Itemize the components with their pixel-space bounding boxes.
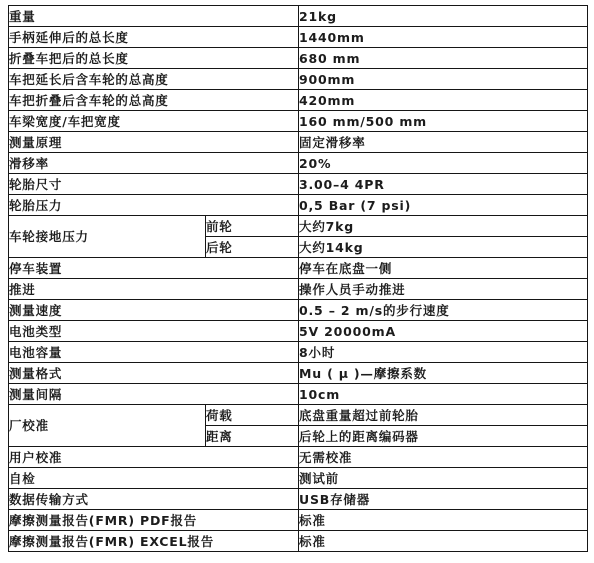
table-row: 手柄延伸后的总长度 1440mm: [9, 27, 588, 48]
spec-value: Mu ( μ )—摩擦系数: [299, 363, 588, 384]
table-row: 折叠车把后的总长度 680 mm: [9, 48, 588, 69]
spec-value: 20%: [299, 153, 588, 174]
table-row: 厂校准 荷载 底盘重量超过前轮胎: [9, 405, 588, 426]
table-row: 数据传输方式 USB存储器: [9, 489, 588, 510]
table-row: 停车装置 停车在底盘一侧: [9, 258, 588, 279]
table-row: 车轮接地压力 前轮 大约7kg: [9, 216, 588, 237]
spec-label: 测量原理: [9, 132, 299, 153]
table-row: 摩擦测量报告(FMR) EXCEL报告 标准: [9, 531, 588, 552]
spec-label: 停车装置: [9, 258, 299, 279]
table-row: 测量格式 Mu ( μ )—摩擦系数: [9, 363, 588, 384]
spec-label: 电池容量: [9, 342, 299, 363]
spec-value: 停车在底盘一侧: [299, 258, 588, 279]
spec-label: 电池类型: [9, 321, 299, 342]
spec-label: 摩擦测量报告(FMR) PDF报告: [9, 510, 299, 531]
spec-label: 车梁宽度/车把宽度: [9, 111, 299, 132]
spec-label: 自检: [9, 468, 299, 489]
spec-label: 测量速度: [9, 300, 299, 321]
spec-label: 厂校准: [9, 405, 206, 447]
spec-value: 操作人员手动推进: [299, 279, 588, 300]
spec-label: 轮胎压力: [9, 195, 299, 216]
spec-value: 1440mm: [299, 27, 588, 48]
spec-label: 车把折叠后含车轮的总高度: [9, 90, 299, 111]
spec-value: 5V 20000mA: [299, 321, 588, 342]
spec-label: 摩擦测量报告(FMR) EXCEL报告: [9, 531, 299, 552]
spec-label: 推进: [9, 279, 299, 300]
spec-value: 0.5 – 2 m/s的步行速度: [299, 300, 588, 321]
spec-value: 680 mm: [299, 48, 588, 69]
spec-label: 用户校准: [9, 447, 299, 468]
table-row: 摩擦测量报告(FMR) PDF报告 标准: [9, 510, 588, 531]
spec-label: 测量格式: [9, 363, 299, 384]
spec-value: 21kg: [299, 6, 588, 27]
table-row: 车梁宽度/车把宽度 160 mm/500 mm: [9, 111, 588, 132]
table-row: 推进 操作人员手动推进: [9, 279, 588, 300]
spec-value: 无需校准: [299, 447, 588, 468]
spec-label: 测量间隔: [9, 384, 299, 405]
spec-value: 大约7kg: [299, 216, 588, 237]
spec-label: 车轮接地压力: [9, 216, 206, 258]
table-row: 测量速度 0.5 – 2 m/s的步行速度: [9, 300, 588, 321]
spec-value: 160 mm/500 mm: [299, 111, 588, 132]
spec-label: 手柄延伸后的总长度: [9, 27, 299, 48]
table-row: 轮胎压力 0,5 Bar (7 psi): [9, 195, 588, 216]
table-row: 车把延长后含车轮的总高度 900mm: [9, 69, 588, 90]
spec-value: 标准: [299, 510, 588, 531]
spec-value: 大约14kg: [299, 237, 588, 258]
table-row: 测量间隔 10cm: [9, 384, 588, 405]
spec-value: 测试前: [299, 468, 588, 489]
table-row: 轮胎尺寸 3.00–4 4PR: [9, 174, 588, 195]
spec-label: 轮胎尺寸: [9, 174, 299, 195]
spec-value: 后轮上的距离编码器: [299, 426, 588, 447]
spec-value: 固定滑移率: [299, 132, 588, 153]
spec-value: 3.00–4 4PR: [299, 174, 588, 195]
table-row: 测量原理 固定滑移率: [9, 132, 588, 153]
table-row: 电池类型 5V 20000mA: [9, 321, 588, 342]
table-row: 自检 测试前: [9, 468, 588, 489]
table-row: 用户校准 无需校准: [9, 447, 588, 468]
table-row: 重量 21kg: [9, 6, 588, 27]
spec-label: 重量: [9, 6, 299, 27]
spec-label: 滑移率: [9, 153, 299, 174]
spec-value: 10cm: [299, 384, 588, 405]
spec-value: 420mm: [299, 90, 588, 111]
spec-value: 标准: [299, 531, 588, 552]
spec-label: 数据传输方式: [9, 489, 299, 510]
spec-sublabel: 荷载: [206, 405, 299, 426]
spec-label: 车把延长后含车轮的总高度: [9, 69, 299, 90]
spec-value: 900mm: [299, 69, 588, 90]
spec-label: 折叠车把后的总长度: [9, 48, 299, 69]
spec-sublabel: 前轮: [206, 216, 299, 237]
table-row: 车把折叠后含车轮的总高度 420mm: [9, 90, 588, 111]
spec-value: USB存储器: [299, 489, 588, 510]
spec-value: 8小时: [299, 342, 588, 363]
spec-table: 重量 21kg 手柄延伸后的总长度 1440mm 折叠车把后的总长度 680 m…: [8, 5, 588, 552]
spec-value: 底盘重量超过前轮胎: [299, 405, 588, 426]
table-row: 滑移率 20%: [9, 153, 588, 174]
spec-sublabel: 后轮: [206, 237, 299, 258]
spec-sublabel: 距离: [206, 426, 299, 447]
spec-value: 0,5 Bar (7 psi): [299, 195, 588, 216]
table-row: 电池容量 8小时: [9, 342, 588, 363]
